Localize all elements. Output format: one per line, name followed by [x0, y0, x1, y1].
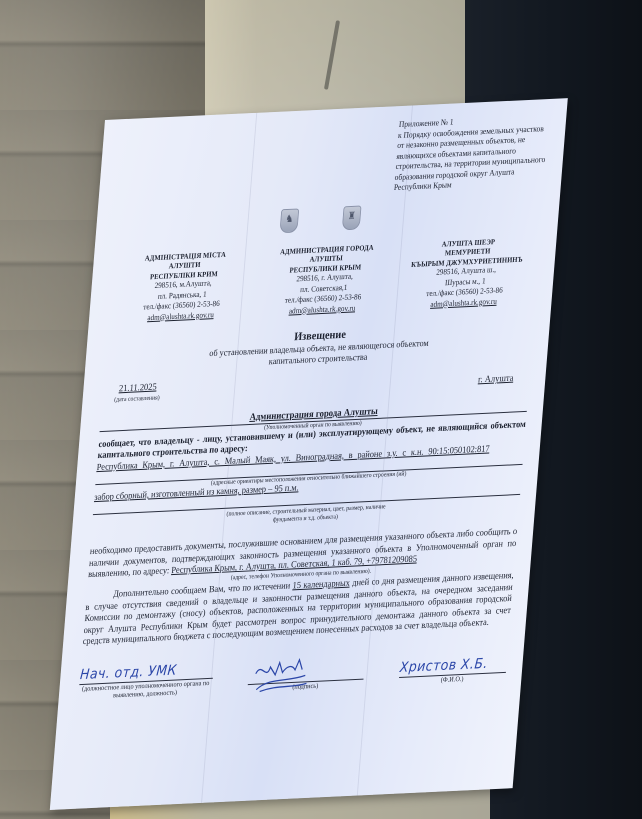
- signature-block: (подпись): [247, 659, 365, 694]
- letterhead-crimean-tatar: АЛУШТА ШЕЭР МЕМУРИЕТИ КЪЫРЫМ ДЖУМХУРИЕТИ…: [396, 235, 535, 312]
- letterhead-ukrainian: АДМІНІСТРАЦІЯ МІСТА АЛУШТИ РЕСПУБЛІКИ КР…: [113, 248, 252, 325]
- signature-row: Нач. отд. УМК (должностное лицо уполномо…: [78, 647, 508, 702]
- full-name-block: Христов Х.Б. (Ф.И.О.): [398, 655, 507, 687]
- handwritten-signature-icon: [251, 657, 325, 694]
- appendix-note: Приложение № 1 к Порядку освобождения зе…: [393, 112, 577, 194]
- letterhead-russian: АДМИНИСТРАЦИЯ ГОРОДА АЛУШТЫ РЕСПУБЛИКИ К…: [255, 241, 394, 318]
- letterhead: АДМІНІСТРАЦІЯ МІСТА АЛУШТИ РЕСПУБЛІКИ КР…: [108, 234, 541, 325]
- official-position-block: Нач. отд. УМК (должностное лицо уполномо…: [78, 660, 214, 701]
- notice-title-block: Извещение об установлении владельца объе…: [104, 319, 534, 376]
- date-caption: (дата составления): [109, 394, 165, 404]
- date-block: 21.11.2025 (дата составления): [109, 383, 166, 405]
- city-value: г. Алушта: [469, 374, 523, 388]
- alushta-coat-of-arms-icon: ♜: [342, 205, 362, 230]
- notice-sheet: Приложение № 1 к Порядку освобождения зе…: [50, 98, 568, 810]
- crimea-coat-of-arms-icon: ♞: [280, 208, 300, 233]
